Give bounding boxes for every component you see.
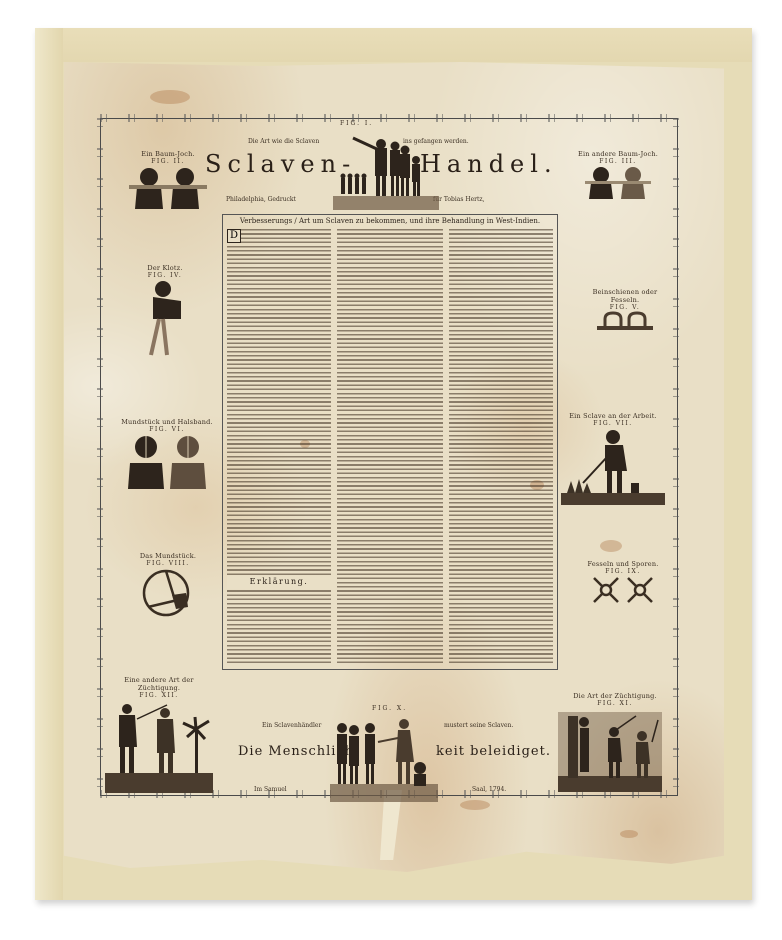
figure-caption: Mundstück und Halsband.	[112, 418, 222, 426]
frame-bevel-top	[35, 28, 752, 62]
subtitle-left: Die Art wie die Sclaven	[248, 138, 319, 145]
figure-caption: Ein Sclave an der Arbeit.	[558, 412, 668, 420]
figure-label: FIG. VII.	[558, 420, 668, 427]
woodcut-leg-irons	[595, 311, 655, 333]
figure-label: FIG. III.	[568, 158, 668, 165]
stain	[150, 90, 190, 104]
figure-label: FIG. II.	[118, 158, 218, 165]
figure-label: FIG. IV.	[135, 272, 195, 279]
figure-label: FIG. XII.	[104, 692, 214, 699]
figure-label: FIG. XI.	[562, 700, 668, 707]
woodcut-fetters-spurs	[590, 575, 656, 605]
woodcut-the-block	[145, 279, 185, 359]
figure-5: Beinschienen oder Fesseln. FIG. V.	[580, 288, 670, 337]
section-heading-erklarung: Erklärung.	[227, 575, 331, 589]
figure-caption: Beinschienen oder Fesseln.	[580, 288, 670, 304]
bottom-imprint-right: Saal, 1794.	[472, 786, 506, 793]
frame-bevel-left	[35, 28, 63, 900]
woodcut-mouthpiece	[138, 567, 198, 619]
woodcut-mouthpiece-collar	[122, 433, 212, 489]
imprint-right: für Tobias Hertz,	[433, 196, 484, 203]
woodcut-tree-yoke	[583, 165, 653, 199]
woodcut-punishment	[558, 712, 662, 792]
figure-caption: Die Art der Züchtigung.	[562, 692, 668, 700]
border-ornament-left	[97, 118, 103, 794]
figure-caption: Eine andere Art der Züchtigung.	[104, 676, 214, 692]
stain	[620, 830, 638, 838]
imprint-left: Philadelphia, Gedruckt	[226, 196, 296, 203]
figure-9: Fesseln und Sporen. FIG. IX.	[578, 560, 668, 609]
bottom-caption-left: Ein Sclavenhändler	[262, 722, 321, 729]
figure-caption: Ein andere Baum-Joch.	[568, 150, 668, 158]
text-column-2	[337, 229, 443, 665]
fig-1-label: FIG. I.	[340, 120, 373, 127]
figure-caption: Fesseln und Sporen.	[578, 560, 668, 568]
woodcut-slave-at-work	[561, 427, 665, 507]
border-ornament-right	[673, 118, 679, 794]
figure-label: FIG. VI.	[112, 426, 222, 433]
figure-8: Das Mundstück. FIG. VIII.	[128, 552, 208, 623]
text-block: Verbesserungs / Art um Sclaven zu bekomm…	[222, 214, 558, 670]
fig-10-label: FIG. X.	[372, 705, 407, 712]
woodcut-tree-yoke	[125, 165, 211, 209]
text-column-1	[227, 229, 331, 665]
figure-12: Eine andere Art der Züchtigung. FIG. XII…	[104, 676, 214, 799]
figure-caption: Das Mundstück.	[128, 552, 208, 560]
text-column-3	[449, 229, 553, 665]
stain	[460, 800, 490, 810]
figure-label: FIG. V.	[580, 304, 670, 311]
figure-caption: Ein Baum-Joch.	[118, 150, 218, 158]
figure-4: Der Klotz. FIG. IV.	[135, 264, 195, 363]
figure-2: Ein Baum-Joch. FIG. II.	[118, 150, 218, 213]
figure-label: FIG. IX.	[578, 568, 668, 575]
drop-cap: D	[227, 229, 241, 243]
figure-6: Mundstück und Halsband. FIG. VI.	[112, 418, 222, 493]
figure-7: Ein Sclave an der Arbeit. FIG. VII.	[558, 412, 668, 511]
figure-caption: Der Klotz.	[135, 264, 195, 272]
woodcut-slave-capture	[333, 130, 439, 212]
text-heading: Verbesserungs / Art um Sclaven zu bekomm…	[223, 217, 557, 225]
bottom-title-right: keit beleidiget.	[436, 744, 551, 759]
figure-3: Ein andere Baum-Joch. FIG. III.	[568, 150, 668, 203]
woodcut-whipping	[105, 699, 213, 795]
bottom-imprint-left: Im Samuel	[254, 786, 287, 793]
woodcut-slave-trader	[330, 712, 438, 804]
bottom-caption-right: mustert seine Sclaven.	[444, 722, 513, 729]
title-handel: Handel.	[420, 150, 558, 178]
border-ornament-top	[100, 114, 678, 122]
figure-label: FIG. VIII.	[128, 560, 208, 567]
